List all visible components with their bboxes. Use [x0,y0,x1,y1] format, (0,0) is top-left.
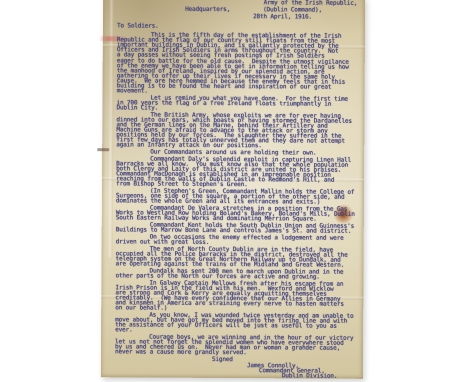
document-paper: Army of the Irish Republic, Headquarters… [101,0,365,379]
letterhead-dublin-command: (Dublin Command), [263,7,322,14]
paragraph: Commandant De Valera stretches in a posi… [116,206,364,223]
paragraph: Dundalk has sent 200 men to march upon D… [115,268,363,280]
paragraph: Let us remind you what you have done. Fo… [116,95,364,112]
paragraph: The men of North County Dublin are in th… [116,246,364,268]
paragraph: Commandant Daly's splendid exploit in ca… [116,156,364,188]
salutation: To Soldiers. [117,23,365,30]
paragraph: In Galway Captain Mellows fresh after hi… [115,280,363,312]
letter-body: To Soldiers. This is the fifth day of th… [115,23,365,379]
signature-block: Signed James Connolly, Commandant Genera… [115,357,363,380]
paragraph: (In Stephen's Green, Commandant Mallin h… [116,189,364,206]
paragraph: On two occasions the enemy effected a lo… [116,234,364,246]
paragraph: Courage boys, we are winning and in the … [115,334,363,356]
paragraph: This is the fifth day of the establishme… [117,32,365,95]
signature-division: Dublin Division. [282,373,363,379]
letterhead: Army of the Irish Republic, Headquarters… [103,0,365,21]
edge-smudge-mark [97,148,109,151]
letterhead-headquarters: Headquarters, [185,7,230,14]
paragraph: The British Army, whose exploits we are … [116,112,364,149]
paragraph: As you know, I was wounded twice yesterd… [115,312,363,334]
photo-background: Army of the Irish Republic, Headquarters… [0,0,468,382]
paragraph: Commandant Kent holds the South Dublin U… [116,222,364,234]
